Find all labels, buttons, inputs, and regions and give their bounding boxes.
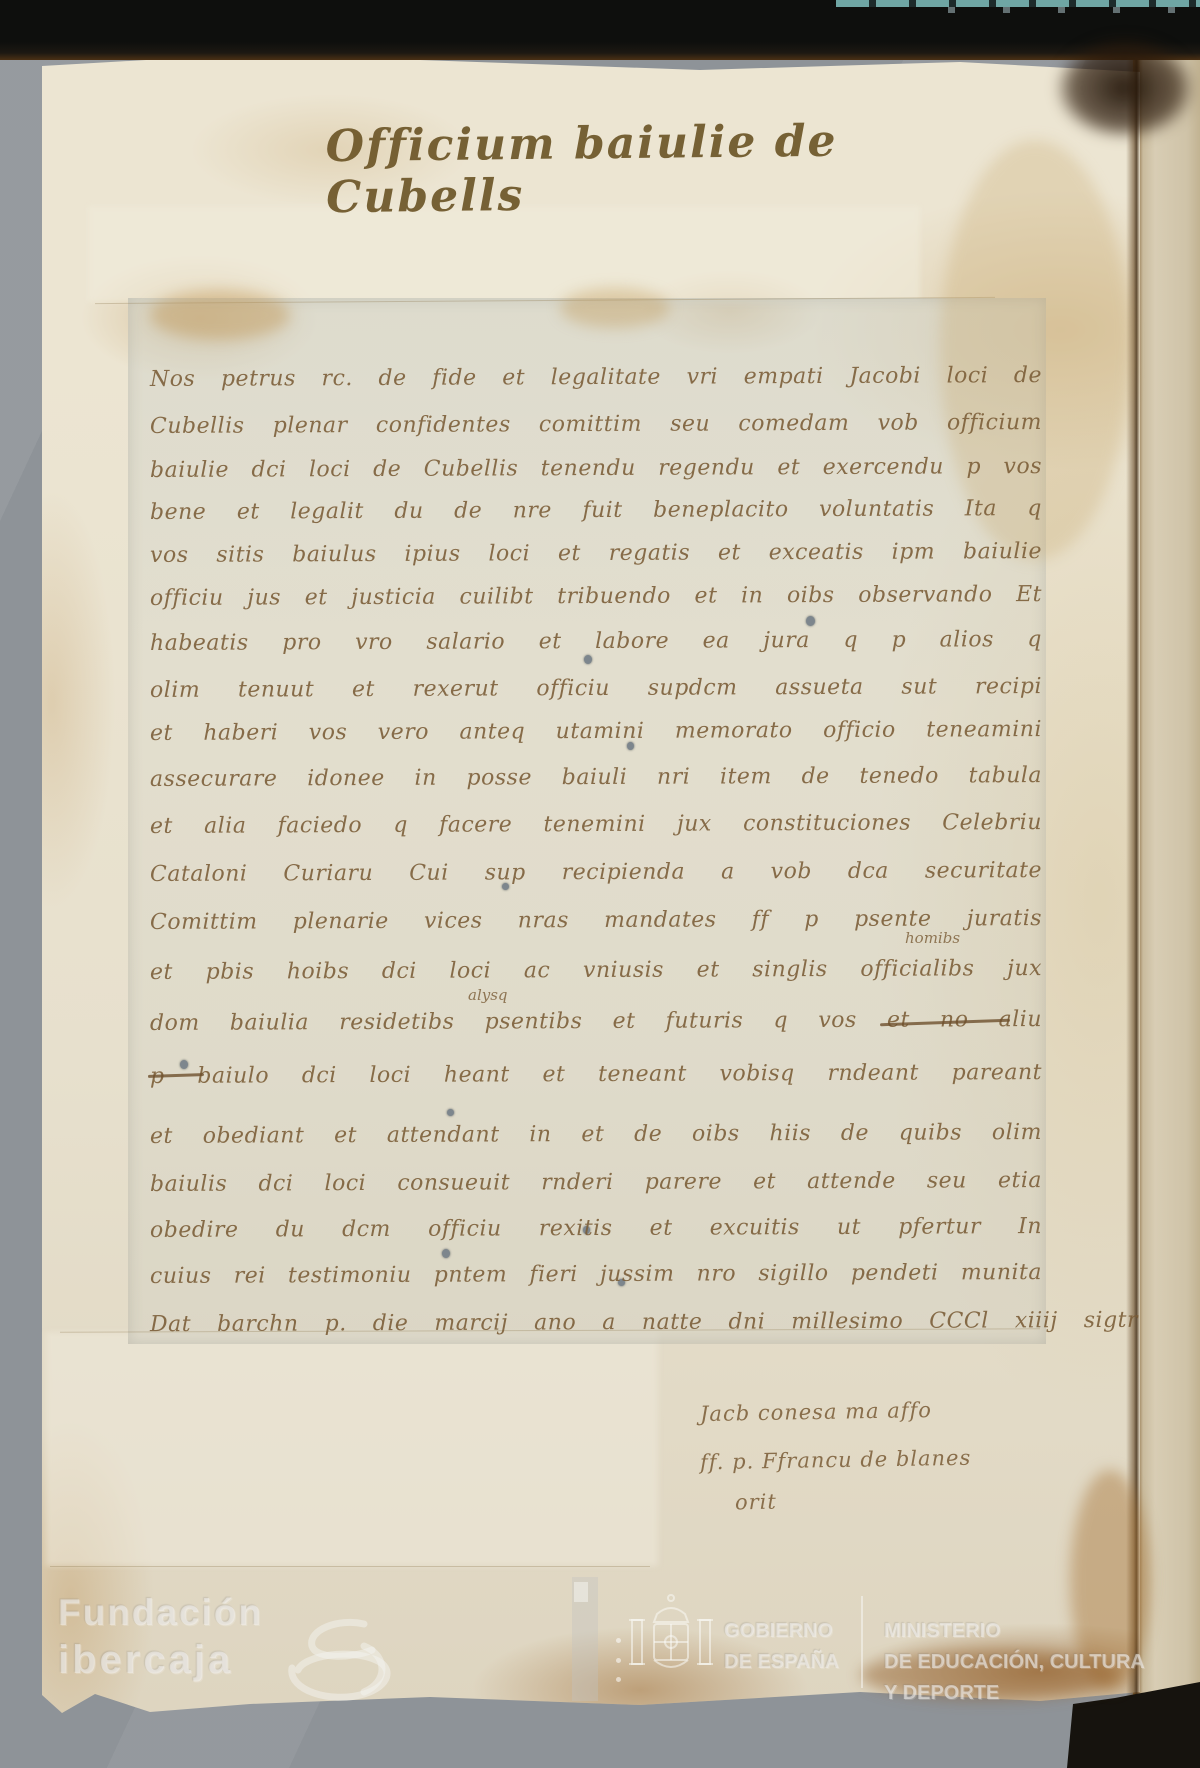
interlinear-word: homibs xyxy=(905,929,960,947)
manuscript-line: officiu jus et justicia cuilibt tribuend… xyxy=(150,582,1042,611)
manuscript-line: assecurare idonee in posse baiuli nri it… xyxy=(150,763,1042,792)
manuscript-line: et obediant et attendant in et de oibs h… xyxy=(150,1120,1042,1149)
top-right-corner-shadow xyxy=(1030,18,1200,158)
wormhole xyxy=(584,655,592,664)
fundacion-watermark-text: Fundación xyxy=(58,1592,263,1634)
ibercaja-watermark-text: ibercaja xyxy=(58,1638,233,1683)
gobierno-watermark-text: GOBIERNO DE ESPAÑA xyxy=(724,1616,839,1678)
paper-patch-bottom xyxy=(46,1332,658,1566)
color-ruler xyxy=(836,0,1200,7)
manuscript-title: Officium baiulie de Cubells xyxy=(325,115,916,223)
wormhole xyxy=(447,1109,454,1116)
manuscript-line: baiulie dci loci de Cubellis tenendu reg… xyxy=(150,454,1042,483)
manuscript-line: p baiulo dci loci heant et teneant vobis… xyxy=(150,1060,1042,1089)
ibercaja-logo-icon xyxy=(268,1616,408,1706)
stain xyxy=(150,290,290,340)
manuscript-line: et alia faciedo q facere tenemini jux co… xyxy=(150,810,1042,839)
watermark-divider xyxy=(861,1596,863,1688)
ministerio-line2: DE EDUCACIÓN, CULTURA xyxy=(884,1647,1145,1678)
manuscript-line: baiulis dci loci consueuit rnderi parere… xyxy=(150,1168,1042,1197)
flag-dot xyxy=(616,1638,621,1643)
gobierno-line2: DE ESPAÑA xyxy=(724,1647,839,1678)
ministerio-line3: Y DEPORTE xyxy=(884,1678,1145,1709)
manuscript-line: obedire du dcm officiu rexitis et excuit… xyxy=(150,1214,1042,1243)
manuscript-line: cuius rei testimoniu pntem fieri jussim … xyxy=(150,1260,1042,1289)
gutter-crease xyxy=(1126,60,1140,1700)
interlinear-word: alysq xyxy=(468,986,508,1004)
archival-photograph: Officium baiulie de Cubells Nos petrus r… xyxy=(0,0,1200,1768)
flag-dot xyxy=(616,1677,621,1682)
next-page-edge xyxy=(1133,42,1200,1702)
color-ruler-ticks xyxy=(900,7,1200,13)
stain xyxy=(560,288,670,328)
flag-notch xyxy=(574,1582,588,1602)
ministerio-watermark-text: MINISTERIO DE EDUCACIÓN, CULTURA Y DEPOR… xyxy=(884,1616,1145,1709)
manuscript-line: et pbis hoibs dci loci ac vniusis et sin… xyxy=(150,956,1042,985)
manuscript-line: et haberi vos vero anteq utamini memorat… xyxy=(150,717,1042,746)
wormhole xyxy=(806,616,815,626)
ministerio-line1: MINISTERIO xyxy=(884,1616,1145,1647)
signature-line: ff. p. Ffrancu de blanes xyxy=(700,1446,972,1475)
manuscript-line: vos sitis baiulus ipius loci et regatis … xyxy=(150,539,1042,568)
wormhole xyxy=(442,1249,450,1258)
patch-seam xyxy=(50,1566,650,1567)
manuscript-line: bene et legalit du de nre fuit beneplaci… xyxy=(150,496,1042,525)
manuscript-line: olim tenuut et rexerut officiu supdcm as… xyxy=(150,674,1042,703)
signature-line: orit xyxy=(735,1490,777,1515)
manuscript-line: Cubellis plenar confidentes comittim seu… xyxy=(150,410,1042,439)
manuscript-line: Nos petrus rc. de fide et legalitate vri… xyxy=(150,363,1042,392)
manuscript-line: Cataloni Curiaru Cui sup recipienda a vo… xyxy=(150,858,1042,887)
spain-coat-of-arms-icon xyxy=(624,1592,718,1688)
manuscript-line: habeatis pro vro salario et labore ea ju… xyxy=(150,627,1042,656)
signature-line: Jacb conesa ma affo xyxy=(700,1398,932,1426)
gobierno-line1: GOBIERNO xyxy=(724,1616,839,1647)
manuscript-dating-line: Dat barchn p. die marcij ano a natte dni… xyxy=(150,1308,1138,1337)
flag-dot xyxy=(616,1658,621,1663)
